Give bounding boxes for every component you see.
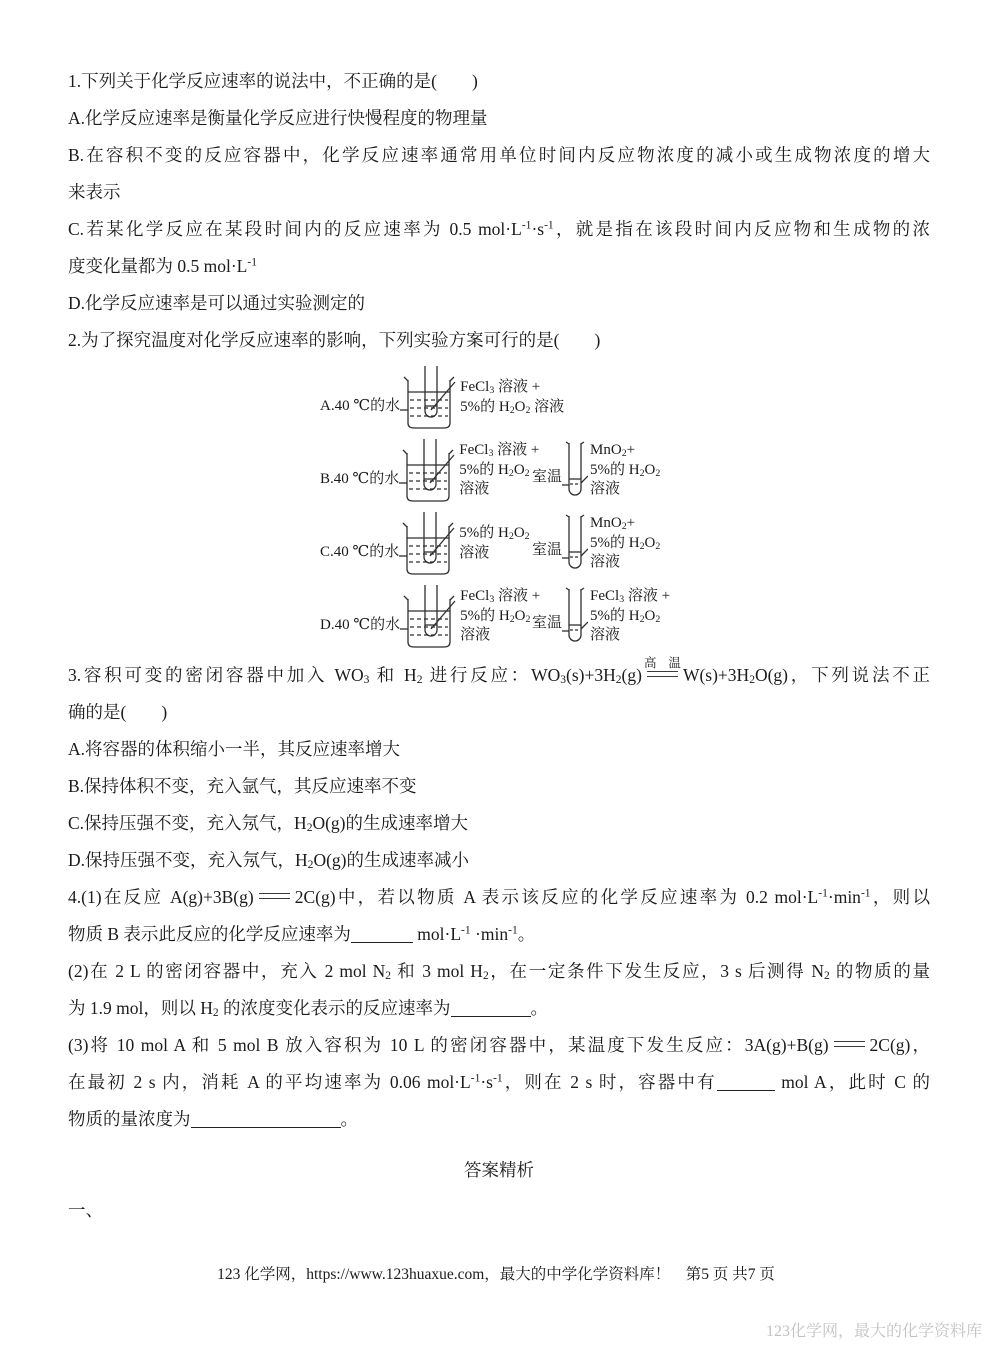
reagent-line: 溶液 bbox=[590, 626, 670, 646]
reagent-text-c-left: 5%的 H2O2 溶液 bbox=[459, 524, 529, 564]
water-bath-label-a: A.40 ℃的水 bbox=[320, 394, 400, 415]
q4-part3-line2: 在最初 2 s 内，消耗 A 的平均速率为 0.06 mol·L-1·s-1，则… bbox=[68, 1064, 930, 1101]
q1-option-c-line1: C.若某化学反应在某段时间内的反应速率为 0.5 mol·L-1·s-1，就是指… bbox=[68, 211, 930, 248]
reagent-line: 溶液 bbox=[459, 480, 539, 500]
reagent-line: 5%的 H2O2 溶液 bbox=[460, 398, 564, 418]
reagent-text-a-left: FeCl3 溶液 + 5%的 H2O2 溶液 bbox=[460, 378, 564, 418]
reagent-text-d-right: FeCl3 溶液 + 5%的 H2O2 溶液 bbox=[590, 587, 670, 646]
q4-part1-line1: 4.(1)在反应 A(g)+3B(g)2C(g)中，若以物质 A 表示该反应的化… bbox=[68, 879, 930, 916]
reagent-text-b-left: FeCl3 溶液 + 5%的 H2O2 溶液 bbox=[459, 441, 539, 500]
test-tube-icon bbox=[562, 587, 588, 647]
q3-option-b: B.保持体积不变，充入氩气，其反应速率不变 bbox=[68, 768, 930, 805]
reagent-line: 5%的 H2O2 bbox=[590, 534, 660, 554]
page-footer: 123 化学网，https://www.123huaxue.com，最大的中学化… bbox=[0, 1262, 992, 1284]
reagent-line: 溶液 bbox=[590, 553, 660, 573]
site-watermark: 123化学网，最大的化学资料库 bbox=[766, 1318, 982, 1341]
test-tube-icon bbox=[562, 514, 588, 574]
q1-stem: 1.下列关于化学反应速率的说法中，不正确的是( ) bbox=[68, 63, 930, 100]
q1-option-b-line1: B.在容积不变的反应容器中，化学反应速率通常用单位时间内反应物浓度的减小或生成物… bbox=[68, 137, 930, 174]
q4-part2-line2: 为 1.9 mol，则以 H2 的浓度变化表示的反应速率为。 bbox=[68, 990, 930, 1027]
worksheet-content: 1.下列关于化学反应速率的说法中，不正确的是( ) A.化学反应速率是衡量化学反… bbox=[0, 0, 992, 1229]
reagent-line: MnO2+ bbox=[590, 441, 660, 461]
q3-option-a: A.将容器的体积缩小一半，其反应速率增大 bbox=[68, 731, 930, 768]
room-temp-group-b: 室温 MnO2+ 5%的 H2O2 溶液 bbox=[532, 441, 660, 501]
reagent-line: 5%的 H2O2 bbox=[459, 461, 539, 481]
water-bath-group-b: B.40 ℃的水 FeCl3 溶液 + 5%的 H2O2 bbox=[320, 438, 532, 504]
water-bath-group-d: D.40 ℃的水 FeCl3 溶液 + 5%的 H2O2 bbox=[320, 584, 532, 650]
q3-option-d: D.保持压强不变，充入氖气，H2O(g)的生成速率减小 bbox=[68, 842, 930, 879]
q2-diagram-option-a: A.40 ℃的水 FeCl3 溶液 + 5%的 H2O2 溶液 bbox=[320, 361, 930, 434]
room-temp-label-c: 室温 bbox=[532, 538, 562, 559]
reagent-line: 5%的 H2O2 bbox=[590, 607, 670, 627]
room-temp-group-c: 室温 MnO2+ 5%的 H2O2 溶液 bbox=[532, 514, 660, 574]
q2-diagram-option-b: B.40 ℃的水 FeCl3 溶液 + 5%的 H2O2 bbox=[320, 434, 930, 507]
water-bath-group-c: C.40 ℃的水 5%的 H2O2 溶液 bbox=[320, 511, 532, 577]
q3-option-c: C.保持压强不变，充入氖气，H2O(g)的生成速率增大 bbox=[68, 805, 930, 842]
answer-section-marker: 一、 bbox=[68, 1192, 930, 1229]
q1-option-a: A.化学反应速率是衡量化学反应进行快慢程度的物理量 bbox=[68, 100, 930, 137]
water-bath-beaker-icon bbox=[400, 365, 458, 431]
reagent-line: 溶液 bbox=[459, 544, 529, 564]
q3-stem-line1: 3.容积可变的密闭容器中加入 WO3 和 H2 进行反应：WO3(s)+3H2(… bbox=[68, 657, 930, 694]
test-tube-icon bbox=[562, 441, 588, 501]
q2-stem: 2.为了探究温度对化学反应速率的影响，下列实验方案可行的是( ) bbox=[68, 322, 930, 359]
q2-diagram-option-c: C.40 ℃的水 5%的 H2O2 溶液 bbox=[320, 507, 930, 580]
reagent-line: FeCl3 溶液 + bbox=[459, 441, 539, 461]
water-bath-beaker-icon bbox=[399, 511, 457, 577]
q4-part3-line1: (3)将 10 mol A 和 5 mol B 放入容积为 10 L 的密闭容器… bbox=[68, 1027, 930, 1064]
reagent-text-c-right: MnO2+ 5%的 H2O2 溶液 bbox=[590, 514, 660, 573]
q4-part2-line1: (2)在 2 L 的密闭容器中，充入 2 mol N2 和 3 mol H2，在… bbox=[68, 953, 930, 990]
reagent-line: 5%的 H2O2 bbox=[460, 607, 540, 627]
room-temp-label-d: 室温 bbox=[532, 611, 562, 632]
reagent-text-d-left: FeCl3 溶液 + 5%的 H2O2 溶液 bbox=[460, 587, 540, 646]
water-bath-beaker-icon bbox=[400, 584, 458, 650]
q2-diagram-option-d: D.40 ℃的水 FeCl3 溶液 + 5%的 H2O2 bbox=[320, 580, 930, 653]
water-bath-group-a: A.40 ℃的水 FeCl3 溶液 + 5%的 H2O2 溶液 bbox=[320, 365, 564, 431]
reagent-line: 溶液 bbox=[460, 626, 540, 646]
room-temp-group-d: 室温 FeCl3 溶液 + 5%的 H2O2 溶液 bbox=[532, 587, 670, 647]
reagent-line: 溶液 bbox=[590, 480, 660, 500]
q3-stem-line2: 确的是( ) bbox=[68, 694, 930, 731]
reagent-line: FeCl3 溶液 + bbox=[460, 587, 540, 607]
q4-part3-line3: 物质的量浓度为。 bbox=[68, 1101, 930, 1138]
water-bath-label-c: C.40 ℃的水 bbox=[320, 540, 399, 561]
q1-option-c-line2: 度变化量都为 0.5 mol·L-1 bbox=[68, 248, 930, 285]
water-bath-label-b: B.40 ℃的水 bbox=[320, 467, 399, 488]
q4-part1-line2: 物质 B 表示此反应的化学反应速率为 mol·L-1 ·min-1。 bbox=[68, 916, 930, 953]
room-temp-label-b: 室温 bbox=[532, 465, 562, 486]
water-bath-label-d: D.40 ℃的水 bbox=[320, 613, 400, 634]
reagent-line: 5%的 H2O2 bbox=[459, 524, 529, 544]
reagent-line: FeCl3 溶液 + bbox=[460, 378, 564, 398]
reagent-text-b-right: MnO2+ 5%的 H2O2 溶液 bbox=[590, 441, 660, 500]
document-page: 1.下列关于化学反应速率的说法中，不正确的是( ) A.化学反应速率是衡量化学反… bbox=[0, 0, 992, 1347]
reagent-line: FeCl3 溶液 + bbox=[590, 587, 670, 607]
q1-option-d: D.化学反应速率是可以通过实验测定的 bbox=[68, 285, 930, 322]
reagent-line: MnO2+ bbox=[590, 514, 660, 534]
q1-option-b-line2: 来表示 bbox=[68, 174, 930, 211]
water-bath-beaker-icon bbox=[399, 438, 457, 504]
q2-experiment-diagrams: A.40 ℃的水 FeCl3 溶液 + 5%的 H2O2 溶液 bbox=[68, 361, 930, 653]
answer-section-heading: 答案精析 bbox=[68, 1152, 930, 1189]
reagent-line: 5%的 H2O2 bbox=[590, 461, 660, 481]
